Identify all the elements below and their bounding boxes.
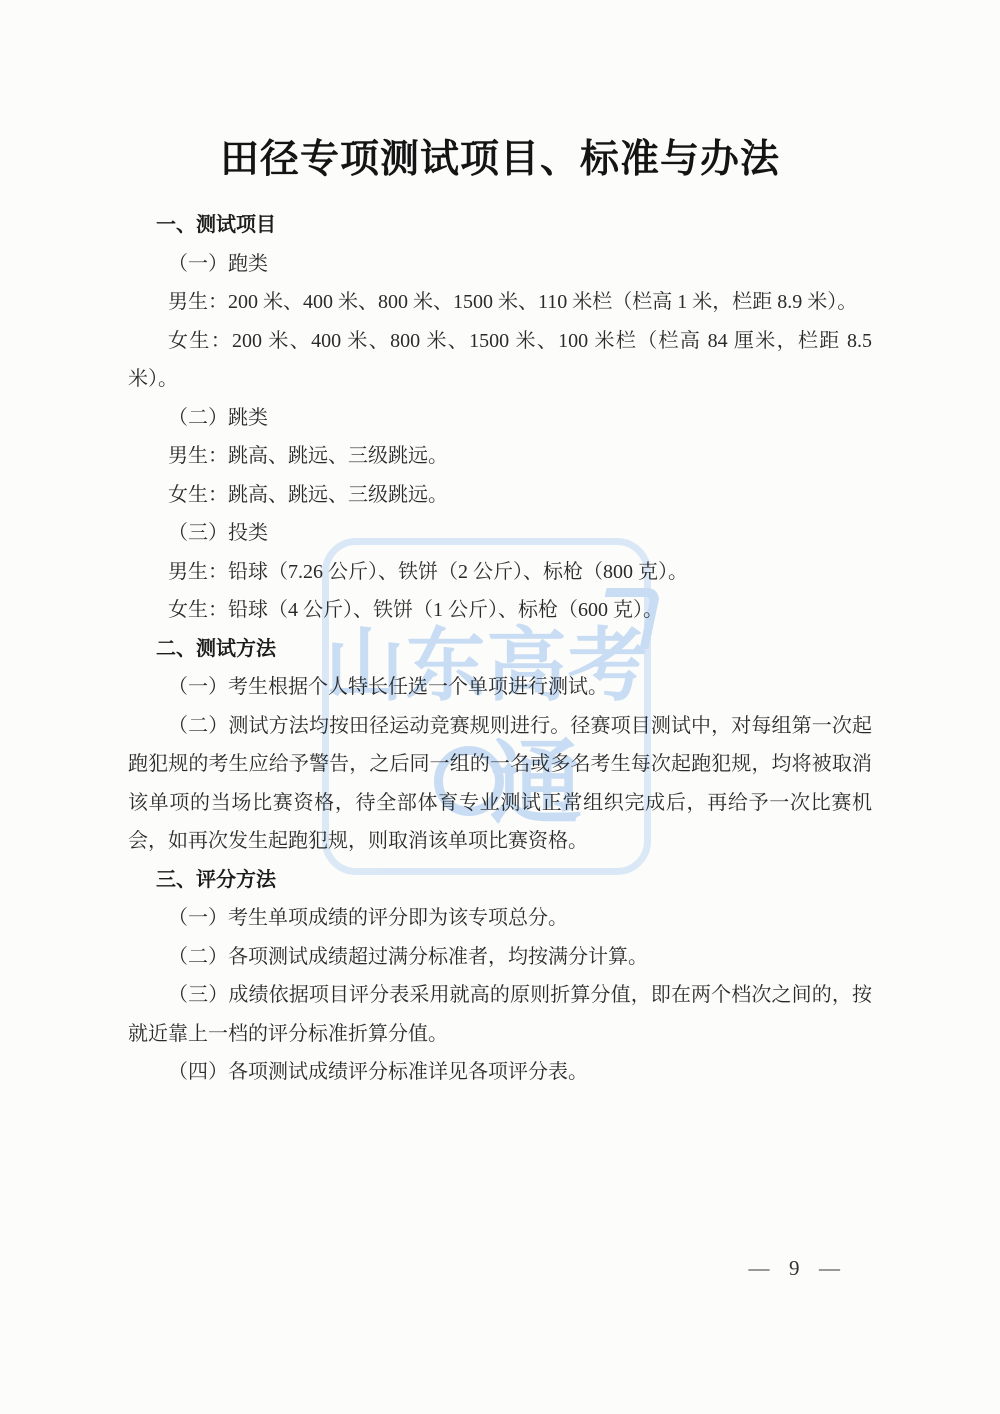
paragraph: 女生：200 米、400 米、800 米、1500 米、100 米栏（栏高 84… bbox=[128, 322, 872, 399]
paragraph: （三）投类 bbox=[128, 514, 872, 553]
paragraph: （二）各项测试成绩超过满分标准者，均按满分计算。 bbox=[128, 938, 872, 977]
section-heading: 三、评分方法 bbox=[128, 861, 872, 900]
paragraph: （一）考生单项成绩的评分即为该专项总分。 bbox=[128, 899, 872, 938]
paragraph: 男生：200 米、400 米、800 米、1500 米、110 米栏（栏高 1 … bbox=[128, 283, 872, 322]
page-number: — 9 — bbox=[749, 1256, 844, 1281]
document-body: 一、测试项目（一）跑类男生：200 米、400 米、800 米、1500 米、1… bbox=[128, 206, 872, 1092]
section-heading: 二、测试方法 bbox=[128, 630, 872, 669]
paragraph: （二）测试方法均按田径运动竞赛规则进行。径赛项目测试中，对每组第一次起跑犯规的考… bbox=[128, 707, 872, 861]
paragraph: （一）跑类 bbox=[128, 245, 872, 284]
paragraph: （三）成绩依据项目评分表采用就高的原则折算分值，即在两个档次之间的，按就近靠上一… bbox=[128, 976, 872, 1053]
paragraph: （四）各项测试成绩评分标准详见各项评分表。 bbox=[128, 1053, 872, 1092]
paragraph: （二）跳类 bbox=[128, 399, 872, 438]
page-title: 田径专项测试项目、标准与办法 bbox=[0, 128, 1000, 184]
paragraph: 女生：跳高、跳远、三级跳远。 bbox=[128, 476, 872, 515]
document-page: 山东高考 通 田径专项测试项目、标准与办法 一、测试项目（一）跑类男生：200 … bbox=[0, 0, 1000, 1414]
paragraph: 男生：跳高、跳远、三级跳远。 bbox=[128, 437, 872, 476]
paragraph: 女生：铅球（4 公斤）、铁饼（1 公斤）、标枪（600 克）。 bbox=[128, 591, 872, 630]
section-heading: 一、测试项目 bbox=[128, 206, 872, 245]
paragraph: （一）考生根据个人特长任选一个单项进行测试。 bbox=[128, 668, 872, 707]
paragraph: 男生：铅球（7.26 公斤）、铁饼（2 公斤）、标枪（800 克）。 bbox=[128, 553, 872, 592]
